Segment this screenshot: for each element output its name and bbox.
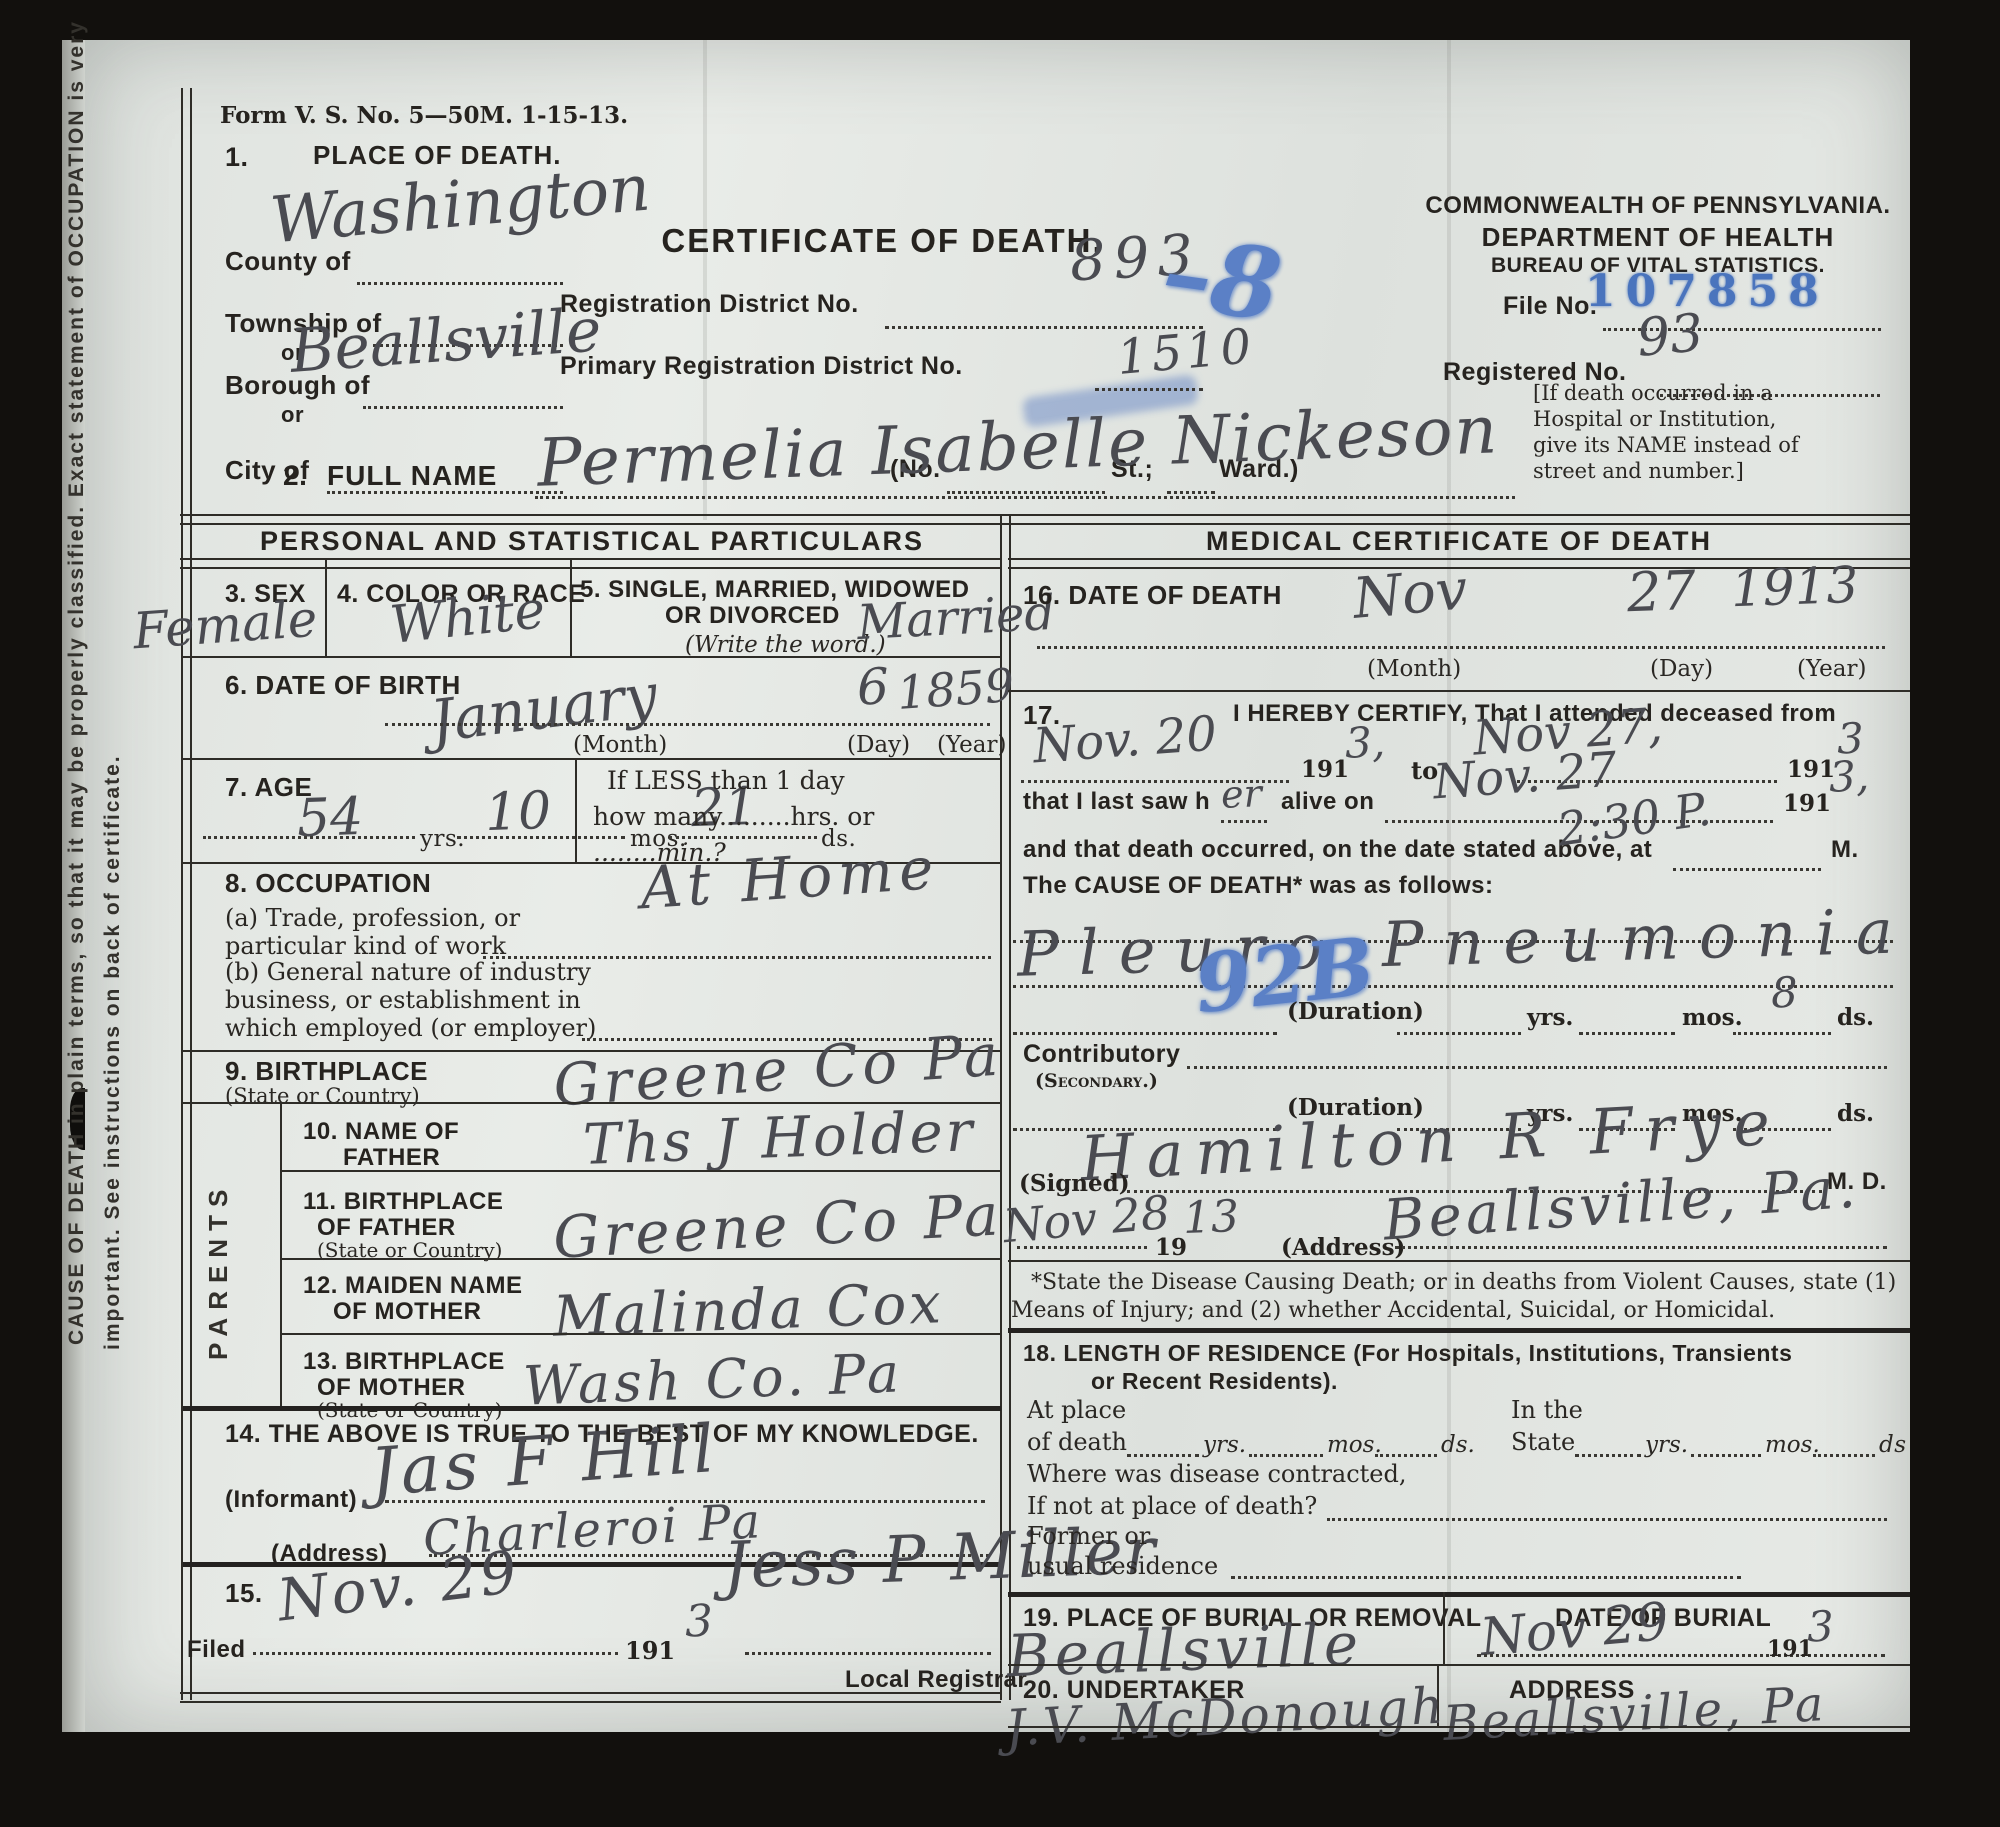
res-mos-2: mos. <box>1765 1432 1820 1458</box>
res-ds-1: ds. <box>1441 1432 1475 1458</box>
margin-instructions-line2: important. See instructions on back of c… <box>101 650 125 1350</box>
in-the-line2: State <box>1511 1428 1575 1456</box>
res-ds-2: ds <box>1879 1432 1907 1458</box>
local-registrar-label: Local Registrar <box>845 1666 1027 1694</box>
registration-district-label: Registration District No. <box>560 290 859 319</box>
left-section-title: PERSONAL AND STATISTICAL PARTICULARS <box>183 526 1001 557</box>
res-dotted-5 <box>1691 1454 1761 1457</box>
occupation-b-line1: (b) General nature of industry <box>225 958 591 986</box>
res-yrs-2: yrs. <box>1645 1432 1688 1458</box>
informant-label: (Informant) <box>225 1486 357 1514</box>
item-1-number: 1. <box>225 142 249 173</box>
duration1-label: (Duration) <box>1287 998 1424 1025</box>
full-name-label: FULL NAME <box>327 460 497 492</box>
primary-district-dotted <box>1095 388 1203 391</box>
burial-separator <box>1443 1592 1445 1664</box>
from-year-hand: 3, <box>1344 717 1386 767</box>
duration1-ds: ds. <box>1837 1004 1874 1031</box>
age-years-value: 54 <box>296 787 364 849</box>
undertaker-address-value: Beallsville, Pa <box>1442 1676 1828 1752</box>
date-of-death-month: Nov <box>1350 557 1470 632</box>
from-year-printed: 191 <box>1301 756 1349 783</box>
full-name-value: Permelia Isabelle Nickeson <box>536 391 1500 502</box>
margin-instructions-line1: CAUSE OF DEATH in plain terms, so that i… <box>65 95 89 1345</box>
duration1-dotted-3 <box>1579 1032 1675 1035</box>
file-no-label: File No. <box>1503 292 1597 321</box>
last-saw-year-printed: 191 <box>1783 790 1831 817</box>
date-of-death-year: 1913 <box>1730 556 1859 618</box>
row-rule <box>1008 1260 1910 1262</box>
mother-name-label-line1: 12. MAIDEN NAME <box>303 1272 523 1300</box>
blue-pencil-mark: –8 <box>1156 214 1288 344</box>
birthplace-label: 9. BIRTHPLACE <box>225 1056 428 1087</box>
section-thick-rule <box>1008 1328 1910 1333</box>
signed-year-hand: 13 <box>1182 1191 1240 1244</box>
residence-label-line2: or Recent Residents). <box>1091 1368 1338 1395</box>
parents-vertical-label: PARENTS <box>203 1160 234 1360</box>
less-than-day-line2: how many.........hrs. or <box>593 802 874 831</box>
form-left-border <box>181 88 192 1700</box>
age-years-unit: yrs. <box>420 826 465 852</box>
cause-of-death-label: The CAUSE OF DEATH* was as follows: <box>1023 872 1493 900</box>
mother-name-label-line2: OF MOTHER <box>333 1298 482 1326</box>
residence-label-line1: 18. LENGTH OF RESIDENCE (For Hospitals, … <box>1023 1340 1792 1367</box>
certificate-title: CERTIFICATE OF DEATH. <box>645 222 1120 260</box>
dod-year-caption: (Year) <box>1797 656 1866 682</box>
primary-district-label: Primary Registration District No. <box>560 352 963 381</box>
if-not-text: If not at place of death? <box>1027 1492 1317 1520</box>
age-dotted-1 <box>203 836 415 839</box>
former-line2: usual residence <box>1027 1552 1218 1580</box>
father-name-label-line2: FATHER <box>343 1144 440 1172</box>
filed-dotted <box>253 1652 618 1655</box>
filed-year-printed: 191 <box>625 1636 675 1665</box>
date-of-death-label: 16. DATE OF DEATH <box>1023 580 1282 611</box>
occupation-a-line1: (a) Trade, profession, or <box>225 904 520 932</box>
dob-label: 6. DATE OF BIRTH <box>225 670 461 701</box>
burial-year-printed: 191 <box>1767 1636 1813 1662</box>
last-saw-text-1: that I last saw h <box>1023 788 1210 816</box>
dod-day-caption: (Day) <box>1650 656 1713 682</box>
age-months-value: 10 <box>484 781 552 843</box>
filed-year-hand: 3 <box>684 1596 714 1648</box>
occupation-b-line3: which employed (or employer) <box>225 1014 596 1042</box>
signed-year-printed: 19 <box>1155 1234 1187 1261</box>
father-name-label-line1: 10. NAME OF <box>303 1118 459 1146</box>
res-dotted-6 <box>1813 1454 1875 1457</box>
certificate-paper: CAUSE OF DEATH in plain terms, so that i… <box>85 40 1910 1732</box>
scanned-death-certificate: CAUSE OF DEATH in plain terms, so that i… <box>0 0 2000 1827</box>
ward-dotted-line <box>1167 491 1215 494</box>
sex-race-separator <box>325 558 327 656</box>
less-than-day-line1: If LESS than 1 day <box>607 766 845 795</box>
header-divider <box>180 514 1910 525</box>
date-of-death-dotted <box>1037 646 1885 649</box>
date-of-death-day: 27 <box>1626 559 1697 624</box>
dob-day-caption: (Day) <box>847 732 910 758</box>
row-rule <box>1008 1664 1910 1666</box>
signed-date-dotted <box>1017 1246 1147 1249</box>
last-saw-text-2: alive on <box>1281 788 1374 816</box>
footnote-line1: *State the Disease Causing Death; or in … <box>1031 1270 1896 1295</box>
parents-row-rule <box>280 1333 1001 1335</box>
contributory-label: Contributory <box>1023 1040 1180 1069</box>
row-rule <box>1008 690 1910 692</box>
left-bottom-rule <box>180 1692 1001 1703</box>
commonwealth-line: COMMONWEALTH OF PENNSYLVANIA. <box>1425 192 1891 220</box>
cause-dotted-2 <box>1013 985 1893 988</box>
dob-day-value: 6 <box>856 657 890 716</box>
parents-row-rule <box>280 1170 1001 1172</box>
left-title-rule <box>180 558 1001 569</box>
section-thick-rule <box>183 1406 1001 1411</box>
res-dotted-1 <box>1127 1454 1199 1457</box>
row-rule <box>183 758 1001 760</box>
res-dotted-2 <box>1249 1454 1323 1457</box>
footnote-line2: Means of Injury; and (2) whether Acciden… <box>1011 1298 1775 1323</box>
duration1-dotted-4 <box>1733 1032 1831 1035</box>
birthplace-hint: (State or Country) <box>225 1084 420 1108</box>
res-dotted-4 <box>1575 1454 1641 1457</box>
secondary-label: (Secondary.) <box>1035 1070 1158 1092</box>
dob-month-caption: (Month) <box>573 732 667 758</box>
item-2-number: 2. <box>283 460 307 492</box>
duration1-mos: mos. <box>1682 1004 1743 1031</box>
dob-year-caption: (Year) <box>937 732 1006 758</box>
dod-month-caption: (Month) <box>1367 656 1461 682</box>
occupation-label: 8. OCCUPATION <box>225 868 431 899</box>
last-saw-year-hand: 3, <box>1828 751 1870 801</box>
department-line: DEPARTMENT OF HEALTH <box>1425 222 1891 253</box>
duration1-dotted-2 <box>1397 1032 1521 1035</box>
last-saw-fill-dotted <box>1221 820 1267 823</box>
county-dotted-line <box>357 282 563 285</box>
marital-hint: (Write the word.) <box>685 632 886 658</box>
right-section-title: MEDICAL CERTIFICATE OF DEATH <box>1008 526 1910 557</box>
father-name-value: Ths J Holder <box>582 1099 976 1178</box>
signed-address-dotted <box>1395 1246 1887 1249</box>
death-occurred-text: and that death occurred, on the date sta… <box>1023 836 1652 864</box>
duration1-days-hand: 8 <box>1770 968 1798 1018</box>
mother-birthplace-label-line1: 13. BIRTHPLACE <box>303 1348 505 1376</box>
file-no-stamp-value: 107858 <box>1585 266 1829 317</box>
former-line1: Former or <box>1027 1522 1150 1550</box>
contributory-dotted <box>1187 1066 1887 1069</box>
attended-from-date: Nov. 20 <box>1031 706 1218 775</box>
registered-no-value: 93 <box>1635 303 1706 369</box>
death-time-dotted <box>1673 868 1821 871</box>
at-place-line2: of death <box>1027 1428 1127 1456</box>
form-number: Form V. S. No. 5—50M. 1-15-13. <box>220 102 628 129</box>
or-label-2: or <box>281 402 304 428</box>
father-birthplace-label-line1: 11. BIRTHPLACE <box>303 1188 503 1216</box>
burial-year-hand: 3 <box>1806 1602 1834 1652</box>
mother-name-value: Malinda Cox <box>552 1271 945 1350</box>
res-dotted-3 <box>1375 1454 1437 1457</box>
marital-label-line2: OR DIVORCED <box>665 602 840 630</box>
duration1-yrs: yrs. <box>1527 1004 1573 1031</box>
age-less-separator <box>575 758 577 862</box>
parents-inner-border <box>280 1102 282 1408</box>
last-saw-fill-hand: er <box>1220 771 1262 816</box>
occupation-a-line2: particular kind of work <box>225 932 506 960</box>
section-thick-rule <box>1008 1592 1910 1597</box>
if-not-dotted <box>1327 1518 1887 1521</box>
res-mos-1: mos. <box>1327 1432 1382 1458</box>
in-the-line1: In the <box>1511 1396 1583 1424</box>
res-yrs-1: yrs. <box>1203 1432 1246 1458</box>
at-place-line1: At place <box>1027 1396 1126 1424</box>
duration1-dotted-1 <box>1013 1032 1277 1035</box>
occupation-b-line2: business, or establishment in <box>225 986 581 1014</box>
meridiem-label: M. <box>1831 836 1859 864</box>
dob-dotted <box>385 723 990 726</box>
sex-value: Female <box>131 590 319 661</box>
race-marital-separator <box>570 558 572 656</box>
former-dotted <box>1231 1576 1741 1579</box>
item-15-number: 15. <box>225 1578 263 1609</box>
filed-label: Filed <box>187 1636 246 1664</box>
where-contracted-text: Where was disease contracted, <box>1027 1460 1407 1488</box>
duration2-ds: ds. <box>1837 1100 1874 1127</box>
right-bottom-rule <box>1008 1726 1910 1728</box>
parents-row-rule <box>280 1258 1001 1260</box>
dob-year-value: 1859 <box>895 658 1016 720</box>
registrar-dotted <box>745 1652 991 1655</box>
burial-date-dotted <box>1477 1654 1885 1657</box>
borough-dotted-line <box>363 406 563 409</box>
hospital-note: [If death occurred in a Hospital or Inst… <box>1533 380 1815 484</box>
street-no-dotted-line <box>947 491 1105 494</box>
